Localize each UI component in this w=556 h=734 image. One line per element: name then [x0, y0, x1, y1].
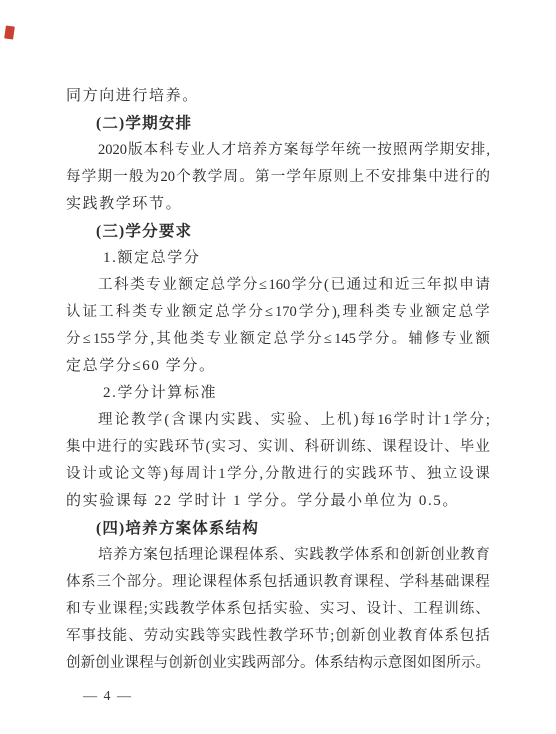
- paragraph-line: 设计或论文等)每周计1学分,分散进行的实践环节、独立设课: [66, 461, 490, 488]
- paragraph-first-line: 2020版本科专业人才培养方案每学年统一按照两学期安排,: [66, 137, 490, 164]
- paragraph-line: 定总学分≤60 学分。: [66, 353, 490, 380]
- paragraph-line: 实践教学环节。: [66, 191, 490, 218]
- paragraph-line: 每学期一般为20个教学周。第一学年原则上不安排集中进行的: [66, 164, 490, 191]
- list-item-line: 1.额定总学分: [66, 245, 490, 272]
- page-number: — 4 —: [83, 689, 133, 705]
- paragraph-first-line: 理论教学(含课内实践、实验、上机)每16学时计1学分;: [66, 407, 490, 434]
- red-stamp-mark: [4, 25, 15, 39]
- paragraph-line: 分≤155学分,其他类专业额定总学分≤145学分。辅修专业额: [66, 326, 490, 353]
- document-page: 同方向进行培养。(二)学期安排2020版本科专业人才培养方案每学年统一按照两学期…: [0, 0, 556, 734]
- paragraph-first-line: 培养方案包括理论课程体系、实践教学体系和创新创业教育: [66, 542, 490, 569]
- paragraph-first-line: 工科类专业额定总学分≤160学分(已通过和近三年拟申请: [66, 272, 490, 299]
- paragraph-line: 创新创业课程与创新创业实践两部分。体系结构示意图如图所示。: [66, 650, 490, 677]
- heading-line: (三)学分要求: [66, 218, 490, 245]
- paragraph-line: 军事技能、劳动实践等实践性教学环节;创新创业教育体系包括: [66, 623, 490, 650]
- list-item-line: 2.学分计算标准: [66, 380, 490, 407]
- paragraph-line: 的实验课每 22 学时计 1 学分。学分最小单位为 0.5。: [66, 488, 490, 515]
- paragraph-line: 和专业课程;实践教学体系包括实验、实习、设计、工程训练、: [66, 596, 490, 623]
- paragraph-line: 集中进行的实践环节(实习、实训、科研训练、课程设计、毕业: [66, 434, 490, 461]
- paragraph-line: 体系三个部分。理论课程体系包括通识教育课程、学科基础课程: [66, 569, 490, 596]
- paragraph-line: 同方向进行培养。: [66, 83, 490, 110]
- heading-line: (二)学期安排: [66, 110, 490, 137]
- paragraph-line: 认证工科类专业额定总学分≤170学分),理科类专业额定总学: [66, 299, 490, 326]
- heading-line: (四)培养方案体系结构: [66, 515, 490, 542]
- document-body: 同方向进行培养。(二)学期安排2020版本科专业人才培养方案每学年统一按照两学期…: [66, 83, 490, 677]
